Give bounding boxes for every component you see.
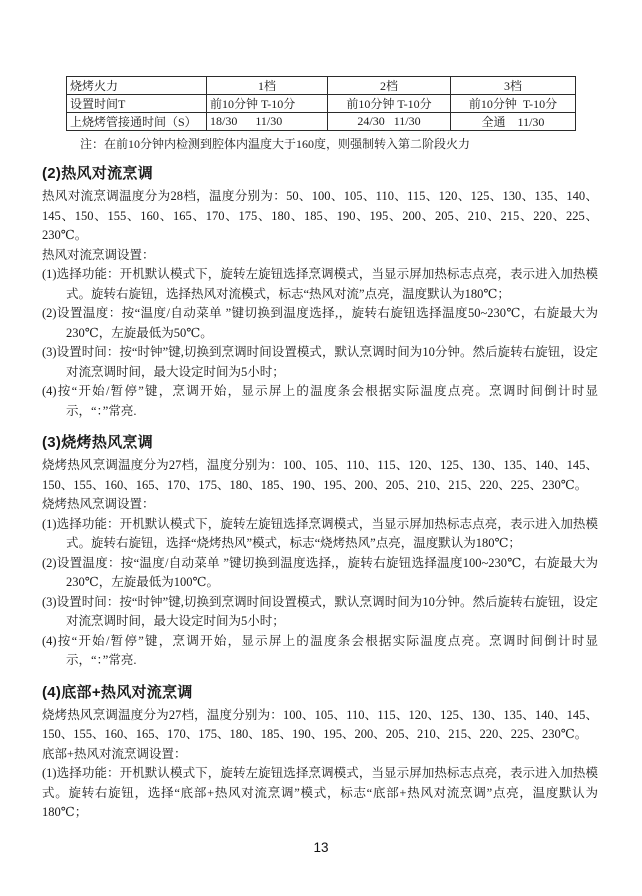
paragraph: 热风对流烹调设置： (42, 246, 598, 266)
paragraph: (1)选择功能：开机默认模式下，旋转左旋钮选择烹调模式，当显示屏加热标志点亮，表… (42, 764, 598, 823)
table-cell: 上烧烤管接通时间（S） (67, 113, 207, 131)
table-cell: 前10分钟 T-10分 (451, 95, 576, 113)
page-number: 13 (0, 840, 642, 855)
table-cell: 1档 (207, 77, 328, 95)
table-cell: 烧烤火力 (67, 77, 207, 95)
table-note: 注：在前10分钟内检测到腔体内温度大于160度，则强制转入第二阶段火力 (80, 135, 598, 152)
table-row: 烧烤火力 1档 2档 3档 (67, 77, 576, 95)
table-cell: 24/30 11/30 (328, 113, 451, 131)
paragraph: 底部+热风对流烹调设置： (42, 745, 598, 765)
paragraph: 烧烤热风烹调设置： (42, 495, 598, 515)
manual-section: (4)底部+热风对流烹调烧烤热风烹调温度分为27档，温度分别为：100、105、… (42, 683, 598, 823)
manual-section: (2)热风对流烹调热风对流烹调温度分为28档，温度分别为：50、100、105、… (42, 164, 598, 421)
table-cell: 18/30 11/30 (207, 113, 328, 131)
table-cell: 设置时间T (67, 95, 207, 113)
paragraph: (2)设置温度：按“温度/自动菜单 ”键切换到温度选择,，旋转右旋钮选择温度10… (42, 554, 598, 593)
page-content: 烧烤火力 1档 2档 3档 设置时间T 前10分钟 T-10分 前10分钟 T-… (42, 76, 598, 823)
grill-power-table: 烧烤火力 1档 2档 3档 设置时间T 前10分钟 T-10分 前10分钟 T-… (66, 76, 576, 131)
paragraph: (4)按“开始/暂停”键，烹调开始，显示屏上的温度条会根据实际温度点亮。烹调时间… (42, 382, 598, 421)
paragraph: (3)设置时间：按“时钟”键,切换到烹调时间设置模式，默认烹调时间为10分钟。然… (42, 593, 598, 632)
paragraph: (4)按“开始/暂停”键，烹调开始，显示屏上的温度条会根据实际温度点亮。烹调时间… (42, 632, 598, 671)
table-cell: 2档 (328, 77, 451, 95)
table-cell: 全通 11/30 (451, 113, 576, 131)
paragraph: 烧烤热风烹调温度分为27档，温度分别为：100、105、110、115、120、… (42, 706, 598, 745)
paragraph: (3)设置时间：按“时钟”键,切换到烹调时间设置模式，默认烹调时间为10分钟。然… (42, 343, 598, 382)
manual-section: (3)烧烤热风烹调烧烤热风烹调温度分为27档，温度分别为：100、105、110… (42, 433, 598, 671)
document-page: { "table": { "rows": [ ["烧烤火力", "1档", "2… (0, 0, 642, 896)
section-heading: (2)热风对流烹调 (42, 164, 598, 183)
table-cell: 前10分钟 T-10分 (328, 95, 451, 113)
section-heading: (4)底部+热风对流烹调 (42, 683, 598, 702)
section-heading: (3)烧烤热风烹调 (42, 433, 598, 452)
table-row: 上烧烤管接通时间（S） 18/30 11/30 24/30 11/30 全通 1… (67, 113, 576, 131)
table-cell: 3档 (451, 77, 576, 95)
paragraph: 烧烤热风烹调温度分为27档，温度分别为：100、105、110、115、120、… (42, 456, 598, 495)
table-row: 设置时间T 前10分钟 T-10分 前10分钟 T-10分 前10分钟 T-10… (67, 95, 576, 113)
paragraph: 热风对流烹调温度分为28档，温度分别为：50、100、105、110、115、1… (42, 187, 598, 246)
paragraph: (1)选择功能：开机默认模式下，旋转左旋钮选择烹调模式，当显示屏加热标志点亮，表… (42, 515, 598, 554)
table-cell: 前10分钟 T-10分 (207, 95, 328, 113)
paragraph: (1)选择功能：开机默认模式下，旋转左旋钮选择烹调模式，当显示屏加热标志点亮，表… (42, 265, 598, 304)
sections: (2)热风对流烹调热风对流烹调温度分为28档，温度分别为：50、100、105、… (42, 164, 598, 823)
paragraph: (2)设置温度：按“温度/自动菜单 ”键切换到温度选择,，旋转右旋钮选择温度50… (42, 304, 598, 343)
